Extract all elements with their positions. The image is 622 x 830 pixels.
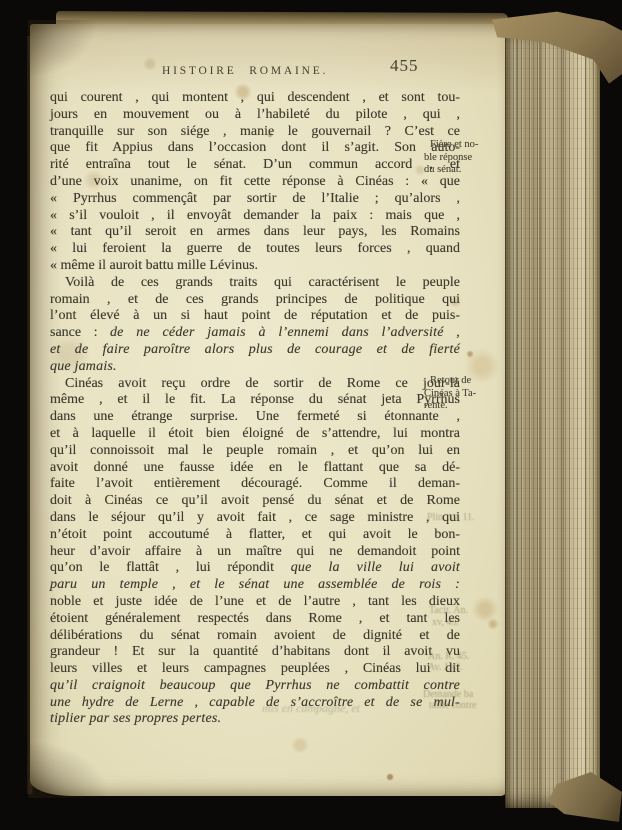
scanned-book-photo: HISTOIRE ROMAINE. 455 qui courent , qui … (0, 0, 622, 830)
bleed-through-note: xv, 45. (432, 617, 459, 628)
text-segment-roman: avoit donné une fausse idée en le flatta… (50, 460, 460, 475)
bleed-through-note: Tacit. An. (429, 605, 468, 616)
margin-note-line: Retour de (424, 375, 494, 388)
text-line: tiplier par ses propres pertes. (50, 711, 460, 728)
text-line: n’étoit point accoutumé à flatter, et qu… (50, 527, 460, 544)
text-line: sance : de ne céder jamais à l’ennemi da… (50, 325, 460, 342)
text-segment-roman: dans le séjour qu’il y avoit fait , ce s… (50, 510, 460, 525)
printed-text-area: HISTOIRE ROMAINE. 455 qui courent , qui … (50, 60, 460, 780)
text-segment-roman: leurs villes et leurs campagnes peuplées… (50, 661, 460, 676)
text-segment-roman: et à laquelle il étoit bien éloigné de s… (50, 426, 460, 441)
margin-note-line: Fière et no- (424, 139, 494, 152)
text-segment-roman: n’étoit point accoutumé à flatter, et qu… (50, 527, 460, 542)
bleed-through-note: taille contre (429, 700, 476, 711)
margin-note-line: Cinéas à Ta- (424, 388, 494, 401)
text-line: heur d’avoir affaire à un maître qui ne … (50, 544, 460, 561)
text-line: avoit donné une fausse idée en le flatta… (50, 460, 460, 477)
running-title: HISTOIRE ROMAINE. (162, 65, 328, 77)
text-segment-roman: qui courent , qui montent , qui descende… (50, 90, 460, 105)
text-segment-roman: même , et il le fit. La réponse du sénat… (50, 392, 460, 407)
text-segment-italic: paru un temple , et le sénat une assembl… (50, 577, 460, 592)
text-line: qu’il connoissoit mal le peuple romain ,… (50, 443, 460, 460)
text-line: qui courent , qui montent , qui descende… (50, 90, 460, 107)
bleed-through-note: Demande ba (423, 689, 473, 700)
text-line: et de faire paroître alors plus de coura… (50, 342, 460, 359)
text-line: grandeur ! Et sur la quantité d’habitans… (50, 644, 460, 661)
text-line: une hydre de Lerne , capable de s’accroî… (50, 695, 460, 712)
text-line: dans une étrange surprise. Une fermeté s… (50, 409, 460, 426)
text-segment-roman: délibérations du sénat romain avoient de… (50, 628, 460, 643)
text-segment-roman: qu’il connoissoit mal le peuple romain ,… (50, 443, 460, 458)
text-line: Voilà de ces grands traits qui caractéri… (50, 275, 460, 292)
margin-note-line: ble réponse (424, 152, 494, 165)
text-segment-italic: une hydre de Lerne , capable de s’accroî… (50, 695, 460, 710)
text-segment-roman: que fit Appius dans l’occasion dont il s… (50, 140, 460, 155)
text-segment-italic: de ne céder jamais à l’ennemi dans l’adv… (110, 325, 460, 340)
text-line: étoient généralement respectés dans Rome… (50, 611, 460, 628)
text-line: même , et il le fit. La réponse du sénat… (50, 392, 460, 409)
text-line: noble et juste idée de l’une et de l’aut… (50, 594, 460, 611)
text-segment-italic: que la ville lui avoit (291, 560, 460, 575)
text-line: leurs villes et leurs campagnes peuplées… (50, 661, 460, 678)
text-segment-roman: sance : (50, 325, 110, 340)
margin-note-line: rente. (424, 400, 494, 413)
text-segment-roman: grandeur ! Et sur la quantité d’habitans… (50, 644, 460, 659)
text-line: que fit Appius dans l’occasion dont il s… (50, 140, 460, 157)
text-segment-roman: dans une étrange surprise. Une fermeté s… (50, 409, 460, 424)
fore-edge-page-stack (505, 28, 600, 808)
text-segment-roman: faite l’avoit entièrement découragé. Com… (50, 476, 460, 491)
text-segment-roman: l’ont élevé à un si haut point de réputa… (50, 308, 460, 323)
margin-note-cineas-return: Retour de Cinéas à Ta- rente. (424, 375, 494, 413)
text-segment-italic: que jamais. (50, 359, 117, 374)
text-line: romain , et de ces grands principes de p… (50, 292, 460, 309)
text-segment-roman: noble et juste idée de l’une et de l’aut… (50, 594, 460, 609)
text-line: délibérations du sénat romain avoient de… (50, 628, 460, 645)
text-segment-italic: et de faire paroître alors plus de coura… (50, 342, 460, 357)
text-line: « Pyrrhus commençât par sortir de l’Ital… (50, 191, 460, 208)
text-line: « même il auroit battu mille Lévinus. (50, 258, 460, 275)
text-segment-roman: « s’il vouloit , il envoyât demander la … (50, 208, 460, 223)
text-line: qu’on le flattât , lui répondit que la v… (50, 560, 460, 577)
bleed-through-note: Plin, xv, 11. (427, 512, 475, 523)
text-segment-italic: tiplier par ses propres pertes. (50, 711, 221, 726)
text-segment-roman: rité entraîna tout le sénat. D’un commun… (50, 157, 460, 172)
page-number: 455 (390, 56, 419, 76)
text-line: Cinéas avoit reçu ordre de sortir de Rom… (50, 376, 460, 393)
text-line: doit à Cinéas ce qu’il avoit pensé du sé… (50, 493, 460, 510)
text-line: et à laquelle il étoit bien éloigné de s… (50, 426, 460, 443)
bleed-through-note: An. R. 45. (428, 651, 469, 662)
text-line: dans le séjour qu’il y avoit fait , ce s… (50, 510, 460, 527)
bleed-through-note: Av. J.-C. (428, 662, 463, 673)
text-segment-roman: « même il auroit battu mille Lévinus. (50, 258, 258, 273)
text-segment-roman: doit à Cinéas ce qu’il avoit pensé du sé… (50, 493, 460, 508)
text-line: tranquille sur son siége , manie le gouv… (50, 124, 460, 141)
text-segment-roman: Voilà de ces grands traits qui caractéri… (65, 275, 460, 290)
body-text: qui courent , qui montent , qui descende… (50, 90, 460, 728)
text-segment-roman: étoient généralement respectés dans Rome… (50, 611, 460, 626)
text-segment-roman: « Pyrrhus commençât par sortir de l’Ital… (50, 191, 460, 206)
text-line: faite l’avoit entièrement découragé. Com… (50, 476, 460, 493)
bleed-through-text: mis en campagne, et (262, 701, 360, 716)
text-segment-italic: qu’il craignoit beaucoup que Pyrrhus ne … (50, 678, 460, 693)
text-line: qu’il craignoit beaucoup que Pyrrhus ne … (50, 678, 460, 695)
text-line: d’une voix unanime, on fit cette réponse… (50, 174, 460, 191)
text-segment-roman: Cinéas avoit reçu ordre de sortir de Rom… (65, 376, 460, 391)
text-line: rité entraîna tout le sénat. D’un commun… (50, 157, 460, 174)
text-line: jours en mouvement ou à l’habileté du pi… (50, 107, 460, 124)
text-segment-roman: qu’on le flattât , lui répondit (50, 560, 291, 575)
text-segment-roman: d’une voix unanime, on fit cette réponse… (50, 174, 460, 189)
text-segment-roman: heur d’avoir affaire à un maître qui ne … (50, 544, 460, 559)
text-line: que jamais. (50, 359, 460, 376)
text-line: paru un temple , et le sénat une assembl… (50, 577, 460, 594)
text-line: l’ont élevé à un si haut point de réputa… (50, 308, 460, 325)
text-line: « tant qu’il seroit en armes dans leur p… (50, 224, 460, 241)
margin-note-line: du sénat. (424, 164, 494, 177)
text-segment-roman: jours en mouvement ou à l’habileté du pi… (50, 107, 460, 122)
text-line: « s’il vouloit , il envoyât demander la … (50, 208, 460, 225)
text-segment-roman: romain , et de ces grands principes de p… (50, 292, 460, 307)
text-segment-roman: tranquille sur son siége , manie le gouv… (50, 124, 460, 139)
text-segment-roman: « lui feroient la guerre de toutes leurs… (50, 241, 460, 256)
text-line: « lui feroient la guerre de toutes leurs… (50, 241, 460, 258)
text-segment-roman: « tant qu’il seroit en armes dans leur p… (50, 224, 460, 239)
margin-note-senate-reply: Fière et no- ble réponse du sénat. (424, 139, 494, 177)
